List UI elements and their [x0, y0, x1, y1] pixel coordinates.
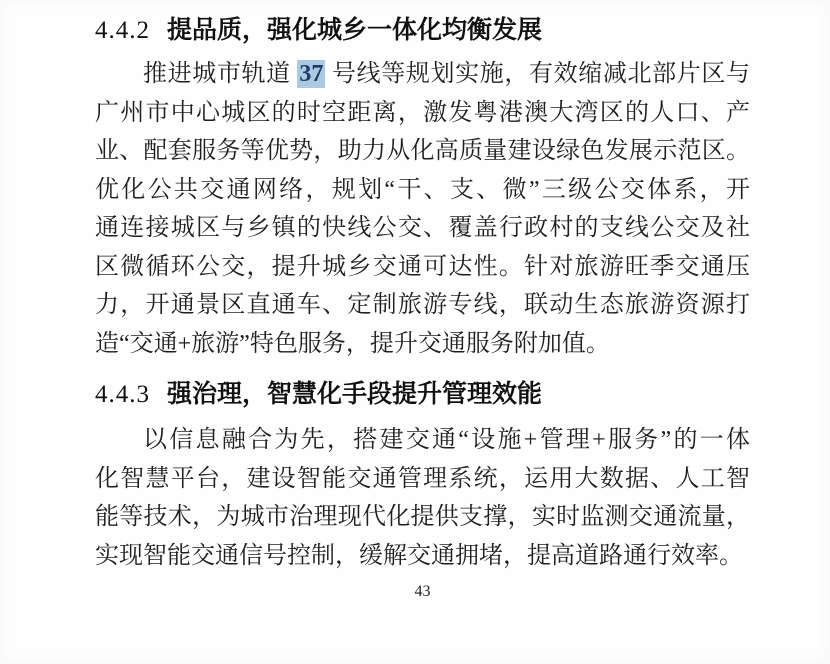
text-line: 推进城市轨道 37 号线等规划实施，有效缩减北部片区与 [95, 55, 750, 94]
highlighted-text: 37 [297, 60, 325, 88]
text-segment: 推进城市轨道 [143, 61, 297, 87]
text-line: 以信息融合为先，搭建交通“设施+管理+服务”的一体 [95, 421, 750, 460]
document-page: 4.4.2提品质，强化城乡一体化均衡发展 推进城市轨道 37 号线等规划实施，有… [0, 0, 830, 664]
text-line: 力，开通景区直通车、定制旅游专线，联动生态旅游资源打 [95, 286, 750, 325]
text-line: 化智慧平台，建设智能交通管理系统，运用大数据、人工智 [95, 460, 750, 499]
section-number: 4.4.3 [95, 381, 150, 408]
text-line: 广州市中心城区的时空距离，激发粤港澳大湾区的人口、产 [95, 94, 750, 133]
text-line: 区微循环公交，提升城乡交通可达性。针对旅游旺季交通压 [95, 248, 750, 287]
section-title: 强治理，智慧化手段提升管理效能 [167, 381, 542, 408]
paragraph-1: 推进城市轨道 37 号线等规划实施，有效缩减北部片区与 广州市中心城区的时空距离… [95, 55, 750, 363]
text-line: 能等技术，为城市治理现代化提供支撑，实时监测交通流量， [95, 498, 750, 537]
text-segment: 号线等规划实施，有效缩减北部片区与 [325, 61, 750, 87]
section-heading-4-4-2: 4.4.2提品质，强化城乡一体化均衡发展 [95, 16, 750, 46]
section-title: 提品质，强化城乡一体化均衡发展 [167, 17, 542, 44]
text-line: 业、配套服务等优势，助力从化高质量建设绿色发展示范区。 [95, 132, 750, 171]
text-line: 实现智能交通信号控制，缓解交通拥堵，提高道路通行效率。 [95, 537, 750, 576]
section-number: 4.4.2 [95, 17, 150, 44]
page-number: 43 [95, 583, 750, 601]
text-line: 优化公共交通网络，规划“干、支、微”三级公交体系，开 [95, 171, 750, 210]
text-line: 通连接城区与乡镇的快线公交、覆盖行政村的支线公交及社 [95, 209, 750, 248]
page-content: 4.4.2提品质，强化城乡一体化均衡发展 推进城市轨道 37 号线等规划实施，有… [95, 0, 750, 664]
text-line: 造“交通+旅游”特色服务，提升交通服务附加值。 [95, 325, 750, 364]
section-heading-4-4-3: 4.4.3强治理，智慧化手段提升管理效能 [95, 380, 750, 410]
paragraph-2: 以信息融合为先，搭建交通“设施+管理+服务”的一体 化智慧平台，建设智能交通管理… [95, 421, 750, 575]
